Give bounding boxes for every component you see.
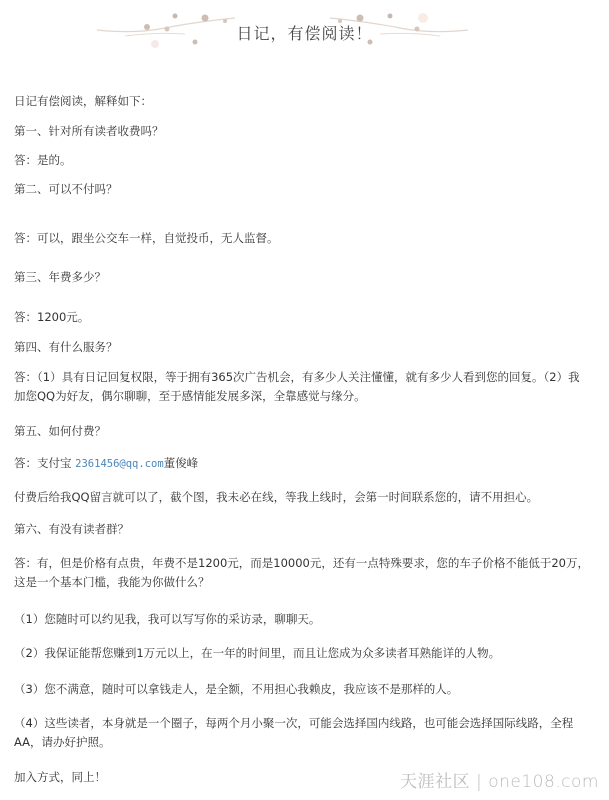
question-3: 第三、年费多少？: [14, 268, 106, 287]
service-item-4: （4）这些读者，本身就是一个圈子，每两个月小聚一次，可能会选择国内线路，也可能会…: [14, 714, 594, 752]
service-item-2: （2）我保证能帮您赚到1万元以上，在一年的时间里，而且让您成为众多读者耳熟能详的…: [14, 644, 500, 663]
join-method: 加入方式，同上！: [14, 768, 106, 787]
question-6: 第六、有没有读者群？: [14, 520, 129, 539]
answer-1: 答：是的。: [14, 151, 72, 170]
answer-4: 答：（1）具有日记回复权限，等于拥有365次广告机会，有多少人关注懂懂，就有多少…: [14, 368, 584, 406]
answer-5-prefix: 答：支付宝: [14, 456, 75, 470]
question-4: 第四、有什么服务？: [14, 338, 118, 357]
alipay-email-link[interactable]: 2361456@qq.com: [75, 458, 164, 470]
answer-5-name: 董俊峰: [164, 456, 199, 470]
floral-branch-right-icon: [325, 4, 470, 52]
answer-5: 答：支付宝 2361456@qq.com董俊峰: [14, 454, 198, 474]
watermark: 天涯社区 | one108.com: [400, 767, 599, 792]
question-2: 第二、可以不付吗？: [14, 180, 118, 199]
intro-text: 日记有偿阅读，解释如下：: [14, 92, 152, 111]
service-item-1: （1）您随时可以约见我，我可以写写你的采访录，聊聊天。: [14, 610, 320, 629]
answer-3: 答：1200元。: [14, 308, 89, 327]
payment-note: 付费后给我QQ留言就可以了，截个图，我未必在线，等我上线时，会第一时间联系您的，…: [14, 488, 538, 507]
answer-6: 答：有，但是价格有点贵，年费不是1200元，而是10000元，还有一点特殊要求，…: [14, 554, 594, 592]
question-5: 第五、如何付费？: [14, 422, 106, 441]
page-title: 日记，有偿阅读！: [0, 21, 609, 44]
question-1: 第一、针对所有读者收费吗？: [14, 122, 164, 141]
header-banner: 日记，有偿阅读！: [0, 0, 609, 62]
service-item-3: （3）您不满意，随时可以拿钱走人，是全额，不用担心我赖皮，我应该不是那样的人。: [14, 680, 458, 699]
answer-2: 答：可以，跟坐公交车一样，自觉投币，无人监督。: [14, 229, 279, 248]
